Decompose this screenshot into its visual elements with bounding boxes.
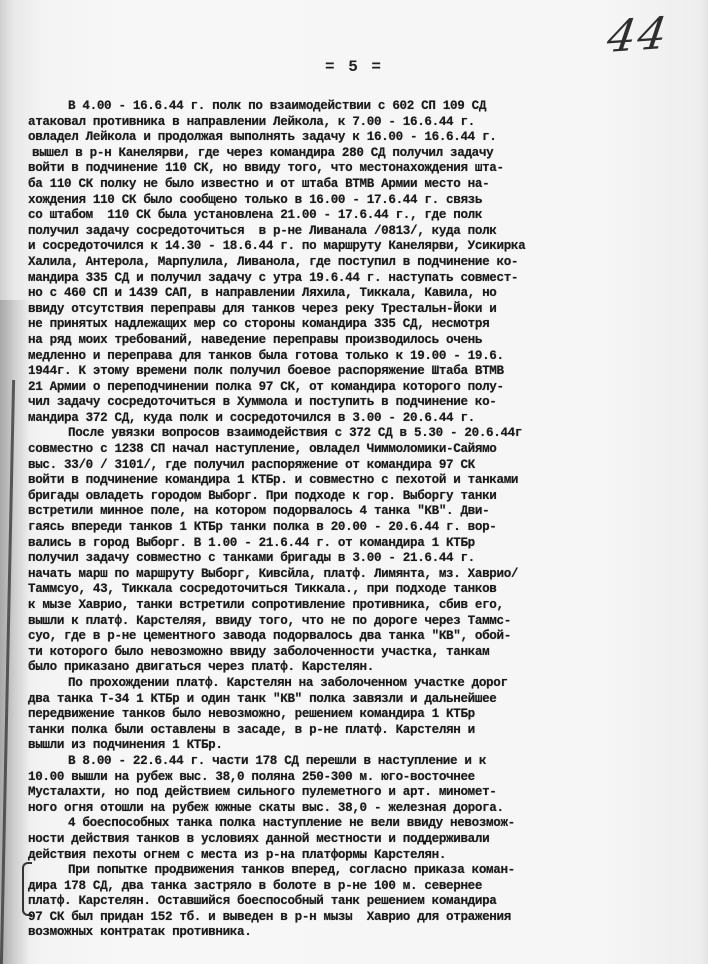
- text-line: атаковал противника в направлении Лейкол…: [28, 115, 700, 131]
- text-line: выс. 33/0 / 3101/, где получил распоряже…: [28, 458, 700, 474]
- text-line: В 8.00 - 22.6.44 г. части 178 СД перешли…: [28, 754, 700, 770]
- text-line: По прохождении платф. Карстелян на забол…: [28, 676, 700, 692]
- text-line: хождения 110 СК было сообщено только в 1…: [28, 193, 700, 209]
- text-line: к мызе Хаврио, танки встретили сопротивл…: [28, 598, 700, 614]
- text-line: 4 боеспособных танка полка наступление н…: [28, 816, 700, 832]
- text-line: и сосредоточился к 14.30 - 18.6.44 г. по…: [28, 239, 700, 255]
- text-line: вышел в р-н Канелярви, где через команди…: [28, 146, 700, 162]
- text-line: действия пехоты огнем с места из р-на пл…: [28, 848, 700, 864]
- text-line: гаясь впереди танков 1 КТБр танки полка …: [28, 520, 700, 536]
- text-line: медленно и переправа для танков была гот…: [28, 349, 700, 365]
- handwritten-folio-number: 44: [604, 8, 672, 63]
- text-line: возможных контратак противника.: [28, 925, 700, 941]
- text-line: ности действия танков в условиях данной …: [28, 832, 700, 848]
- text-line: После увязки вопросов взаимодействия с 3…: [28, 426, 700, 442]
- text-line: получил задачу сосредоточиться в р-не Ли…: [28, 224, 700, 240]
- text-line: платф. Карстелян. Оставшийся боеспособны…: [28, 894, 700, 910]
- text-line: но с 460 СП и 1439 САП, в направлении Ля…: [28, 286, 700, 302]
- page-number: = 5 =: [0, 58, 708, 76]
- scanned-document-page: 44 = 5 = В 4.00 - 16.6.44 г. полк по вза…: [0, 0, 708, 964]
- text-line: встретили минное поле, на котором подорв…: [28, 504, 700, 520]
- text-line: со штабом 110 СК была установлена 21.00 …: [28, 208, 700, 224]
- text-line: два танка Т-34 1 КТБр и один танк "КВ" п…: [28, 692, 700, 708]
- text-line: было приказано двигаться через платф. Ка…: [28, 660, 700, 676]
- text-line: вышли из подчинения 1 КТБр.: [28, 738, 700, 754]
- text-line: войти в подчинение командира 1 КТБр. и с…: [28, 473, 700, 489]
- text-line: Таммсуо, 43, Тиккала сосредоточиться Тик…: [28, 582, 700, 598]
- text-line: овладел Лейкола и продолжая выполнять за…: [28, 130, 700, 146]
- text-line: Мусталахти, но под действием сильного пу…: [28, 785, 700, 801]
- text-line: 97 СК был придан 152 тб. и выведен в р-н…: [28, 910, 700, 926]
- text-line: мандира 372 СД, куда полк и сосредоточил…: [28, 411, 700, 427]
- text-line: 21 Армии о переподчинении полка 97 СК, о…: [28, 380, 700, 396]
- text-line: 1944г. К этому времени полк получил боев…: [28, 364, 700, 380]
- text-line: ба 110 СК полку не было известно и от шт…: [28, 177, 700, 193]
- text-line: Халила, Антерола, Марпулила, Ливанола, г…: [28, 255, 700, 271]
- text-line: войти в подчинение 110 СК, но ввиду того…: [28, 161, 700, 177]
- text-line: 10.00 вышли на рубеж выс. 38,0 поляна 25…: [28, 770, 700, 786]
- text-line: суо, где в р-не цементного завода подорв…: [28, 629, 700, 645]
- text-line: бригады овладеть городом Выборг. При под…: [28, 489, 700, 505]
- text-line: передвижение танков было невозможно, реш…: [28, 707, 700, 723]
- text-line: При попытке продвижения танков вперед, с…: [28, 863, 700, 879]
- text-line: ти которого было невозможно ввиду заболо…: [28, 645, 700, 661]
- text-line: получил задачу совместно с танками брига…: [28, 551, 700, 567]
- text-line: совместно с 1238 СП начал наступление, о…: [28, 442, 700, 458]
- text-line: не принятых надлежащих мер со стороны ко…: [28, 317, 700, 333]
- text-line: на ряд моих требований, наведение перепр…: [28, 333, 700, 349]
- text-line: чил задачу сосредоточиться в Хуммола и п…: [28, 395, 700, 411]
- text-line: вышли к платф. Карстеляя, ввиду того, чт…: [28, 614, 700, 630]
- text-line: В 4.00 - 16.6.44 г. полк по взаимодейств…: [28, 99, 700, 115]
- text-line: танки полка были оставлены в засаде, в р…: [28, 723, 700, 739]
- text-line: мандира 335 СД и получил задачу с утра 1…: [28, 271, 700, 287]
- text-line: ного огня отошли на рубеж южные скаты вы…: [28, 801, 700, 817]
- text-line: ввиду отсутствия переправы для танков че…: [28, 302, 700, 318]
- text-line: начать марш по маршруту Выборг, Кивсйла,…: [28, 567, 700, 583]
- text-line: дира 178 СД, два танка застряло в болоте…: [28, 879, 700, 895]
- typewritten-body-text: В 4.00 - 16.6.44 г. полк по взаимодейств…: [28, 99, 700, 941]
- text-line: вались в город Выборг. В 1.00 - 21.6.44 …: [28, 536, 700, 552]
